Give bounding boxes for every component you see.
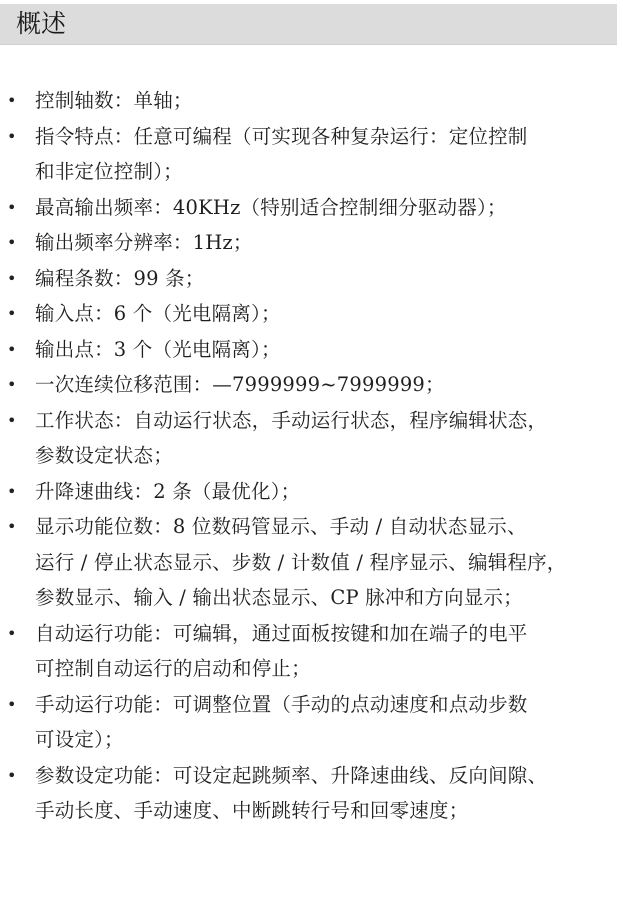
list-item: • 输出点：3 个（光电隔离）； [0,332,623,368]
list-item: • 自动运行功能：可编辑，通过面板按键和加在端子的电平 可控制自动运行的启动和停… [0,616,623,687]
list-item: • 输出频率分辨率：1Hz； [0,225,623,261]
list-item-text: 输出点：3 个（光电隔离）； [35,332,619,368]
list-item: • 指令特点：任意可编程（可实现各种复杂运行：定位控制 和非定位控制）； [0,119,623,190]
list-item-text-continued: 手动长度、手动速度、中断跳转行号和回零速度； [35,793,619,829]
bullet-icon: • [7,616,15,652]
list-item: • 参数设定功能：可设定起跳频率、升降速曲线、反向间隙、 手动长度、手动速度、中… [0,758,623,829]
list-item-text: 自动运行功能：可编辑，通过面板按键和加在端子的电平 [35,616,619,652]
bullet-icon: • [7,509,15,545]
list-item-text: 升降速曲线：2 条（最优化）； [35,474,619,510]
list-item-text: 输入点：6 个（光电隔离）； [35,296,619,332]
list-item-text: 编程条数：99 条； [35,261,619,297]
list-item-text-continued: 可设定）； [35,722,619,758]
list-item: • 控制轴数：单轴； [0,83,623,119]
list-item: • 升降速曲线：2 条（最优化）； [0,474,623,510]
list-item-text-continued: 和非定位控制）； [35,154,619,190]
list-item: • 手动运行功能：可调整位置（手动的点动速度和点动步数 可设定）； [0,687,623,758]
list-item-text-continued: 参数显示、输入 / 输出状态显示、CP 脉冲和方向显示； [35,580,619,616]
list-item-text: 参数设定功能：可设定起跳频率、升降速曲线、反向间隙、 [35,758,619,794]
list-item-text: 输出频率分辨率：1Hz； [35,225,619,261]
bullet-icon: • [7,296,15,332]
list-item-text: 显示功能位数：8 位数码管显示、手动 / 自动状态显示、 [35,509,619,545]
list-item-text: 一次连续位移范围：—7999999~7999999； [35,367,619,403]
list-item-text: 控制轴数：单轴； [35,83,619,119]
bullet-icon: • [7,119,15,155]
bullet-icon: • [7,261,15,297]
bullet-icon: • [7,225,15,261]
list-item-text: 手动运行功能：可调整位置（手动的点动速度和点动步数 [35,687,619,723]
list-item: • 编程条数：99 条； [0,261,623,297]
bullet-icon: • [7,403,15,439]
section-header-band: 概述 [0,4,617,45]
list-item-text-continued: 运行 / 停止状态显示、步数 / 计数值 / 程序显示、编辑程序， [35,545,619,581]
feature-list: • 控制轴数：单轴； • 指令特点：任意可编程（可实现各种复杂运行：定位控制 和… [0,83,623,829]
list-item-text: 指令特点：任意可编程（可实现各种复杂运行：定位控制 [35,119,619,155]
bullet-icon: • [7,687,15,723]
list-item: • 显示功能位数：8 位数码管显示、手动 / 自动状态显示、 运行 / 停止状态… [0,509,623,616]
list-item-text: 工作状态：自动运行状态，手动运行状态，程序编辑状态， [35,403,619,439]
list-item-text-continued: 可控制自动运行的启动和停止； [35,651,619,687]
list-item: • 工作状态：自动运行状态，手动运行状态，程序编辑状态， 参数设定状态； [0,403,623,474]
bullet-icon: • [7,190,15,226]
list-item: • 一次连续位移范围：—7999999~7999999； [0,367,623,403]
list-item-text-continued: 参数设定状态； [35,438,619,474]
list-item-text: 最高输出频率：40KHz（特别适合控制细分驱动器）； [35,190,619,226]
list-item: • 输入点：6 个（光电隔离）； [0,296,623,332]
bullet-icon: • [7,367,15,403]
list-item: • 最高输出频率：40KHz（特别适合控制细分驱动器）； [0,190,623,226]
section-title: 概述 [16,8,66,40]
bullet-icon: • [7,332,15,368]
bullet-icon: • [7,83,15,119]
bullet-icon: • [7,474,15,510]
bullet-icon: • [7,758,15,794]
